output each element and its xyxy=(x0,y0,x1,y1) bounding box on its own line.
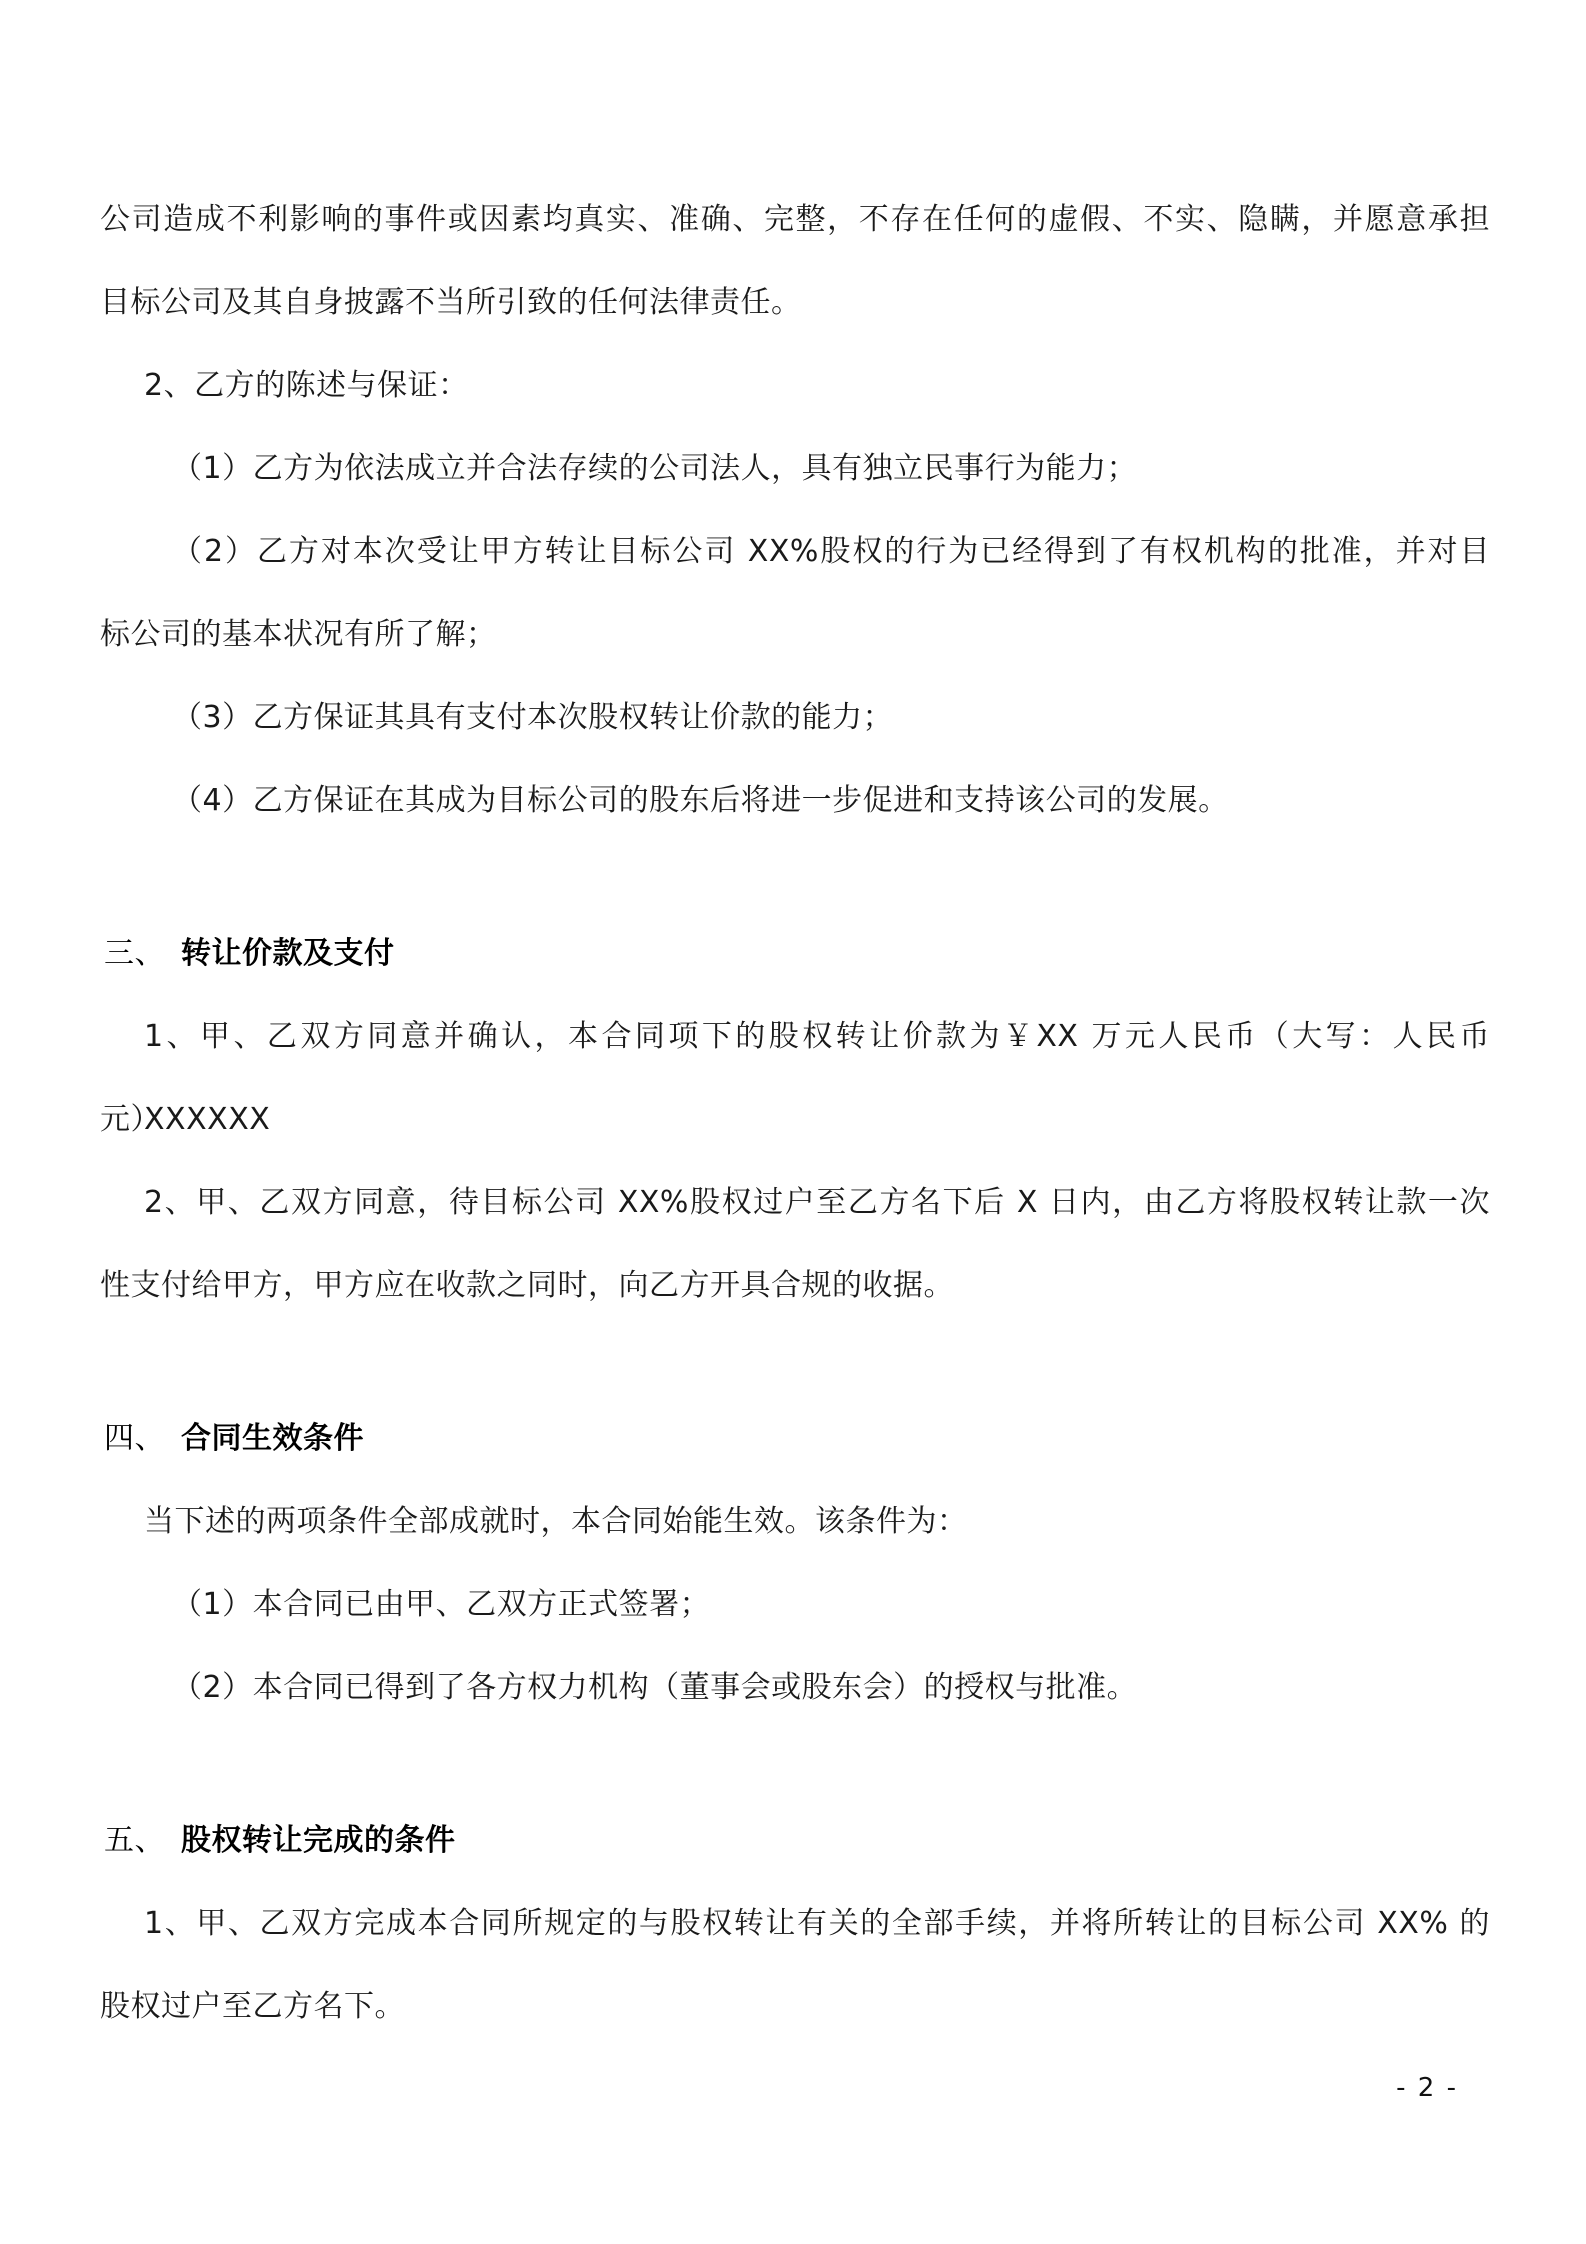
section-4-number: 四、 xyxy=(104,1421,165,1456)
section-5-item-1-line-1: 1、甲、乙双方完成本合同所规定的与股权转让有关的全部手续，并将所转让的目标公司 … xyxy=(100,1882,1490,1965)
section-4-item-2: （2）本合同已得到了各方权力机构（董事会或股东会）的授权与批准。 xyxy=(100,1646,1490,1729)
section-3-item-1-line-2: 元） xyxy=(100,1078,1490,1161)
section-heading-3: 三、转让价款及支付 xyxy=(100,912,1490,995)
section-3-item-2-line-1: 2、甲、乙双方同意，待目标公司 XX%股权过户至乙方名下后 X 日内，由乙方将股… xyxy=(100,1161,1490,1244)
clause-2-item-4: （4）乙方保证在其成为目标公司的股东后将进一步促进和支持该公司的发展。 xyxy=(100,759,1490,842)
clause-2-item-2-line-1: （2）乙方对本次受让甲方转让目标公司 XX%股权的行为已经得到了有权机构的批准，… xyxy=(100,510,1490,593)
section-3-item-1-line-1: 1、甲、乙双方同意并确认，本合同项下的股权转让价款为￥XX 万元人民币（大写：人… xyxy=(100,995,1490,1078)
clause-2-item-1: （1）乙方为依法成立并合法存续的公司法人，具有独立民事行为能力； xyxy=(100,427,1490,510)
section-5-number: 五、 xyxy=(104,1823,165,1858)
paragraph-continuation-line-1: 公司造成不利影响的事件或因素均真实、准确、完整，不存在任何的虚假、不实、隐瞒，并… xyxy=(100,178,1490,261)
page-number: - 2 - xyxy=(1396,2072,1458,2104)
section-4-title: 合同生效条件 xyxy=(181,1421,364,1456)
paragraph-continuation-line-2: 目标公司及其自身披露不当所引致的任何法律责任。 xyxy=(100,261,1490,344)
section-3-number: 三、 xyxy=(104,936,165,971)
section-5-title: 股权转让完成的条件 xyxy=(181,1823,456,1858)
section-3-item-2-line-2: 性支付给甲方，甲方应在收款之同时，向乙方开具合规的收据。 xyxy=(100,1244,1490,1327)
section-heading-5: 五、股权转让完成的条件 xyxy=(100,1799,1490,1882)
section-4-intro: 当下述的两项条件全部成就时，本合同始能生效。该条件为： xyxy=(100,1480,1490,1563)
contract-page: 公司造成不利影响的事件或因素均真实、准确、完整，不存在任何的虚假、不实、隐瞒，并… xyxy=(0,0,1586,2244)
clause-2-item-3: （3）乙方保证其具有支付本次股权转让价款的能力； xyxy=(100,676,1490,759)
clause-2-item-2-line-2: 标公司的基本状况有所了解； xyxy=(100,593,1490,676)
clause-2-header: 2、乙方的陈述与保证： xyxy=(100,344,1490,427)
section-3-title: 转让价款及支付 xyxy=(181,936,395,971)
section-5-item-1-line-2: 股权过户至乙方名下。 xyxy=(100,1965,1490,2048)
section-4-item-1: （1）本合同已由甲、乙双方正式签署； xyxy=(100,1563,1490,1646)
section-heading-4: 四、合同生效条件 xyxy=(100,1397,1490,1480)
